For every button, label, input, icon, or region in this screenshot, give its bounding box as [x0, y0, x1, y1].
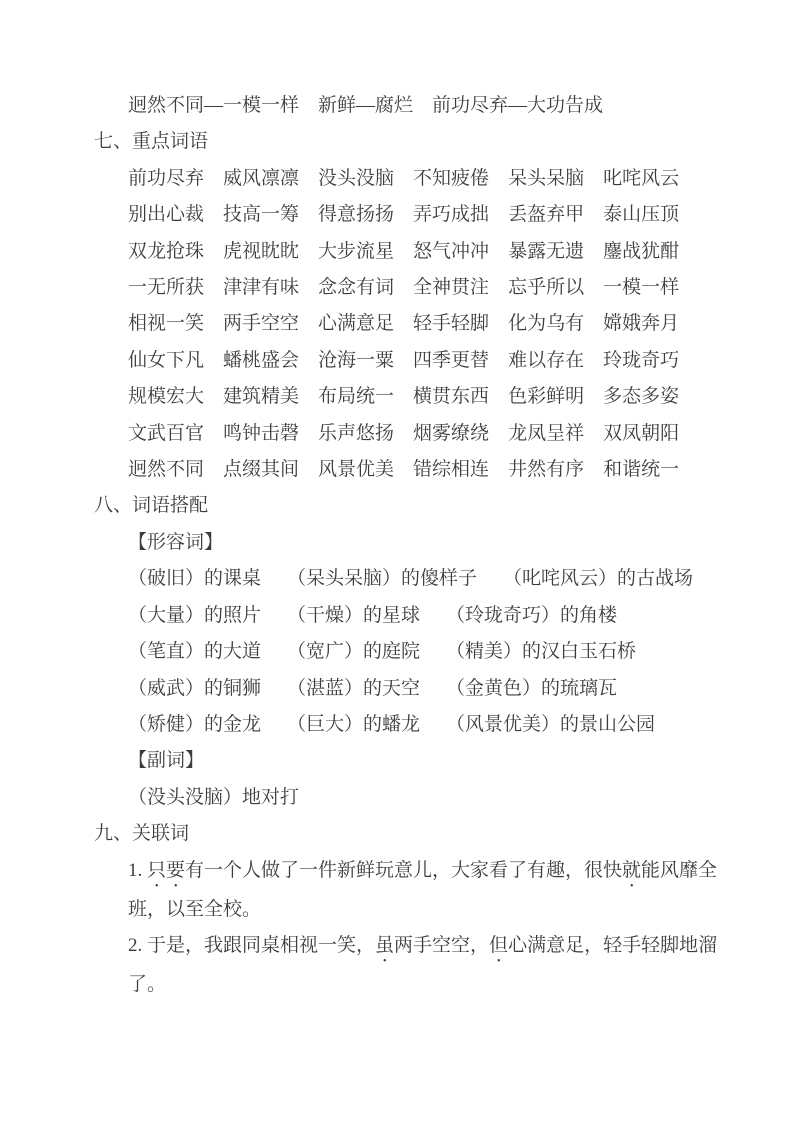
- sentence-text: 有一个人做了一件新鲜玩意儿，大家看了有趣，很快: [185, 860, 622, 881]
- idiom-word: 玲珑奇巧: [603, 343, 679, 379]
- collocation-item: （叱咤风云）的古战场: [503, 561, 693, 597]
- collocation-row: （矫健）的金龙（巨大）的蟠龙（风景优美）的景山公园: [128, 707, 737, 743]
- idiom-word: 多态多姿: [603, 379, 679, 415]
- idiom-word: 两手空空: [223, 306, 299, 342]
- sentence-line: 了。: [128, 967, 737, 1003]
- idiom-word: 弄巧成拙: [413, 197, 489, 233]
- section-heading-key-words: 七、重点词语: [94, 124, 737, 160]
- collocation-item: （风景优美）的景山公园: [446, 707, 655, 743]
- idiom-word: 轻手轻脚: [413, 306, 489, 342]
- idiom-word: 井然有序: [508, 452, 584, 488]
- adverb-label: 【副词】: [128, 743, 737, 779]
- idiom-word: 风景优美: [318, 452, 394, 488]
- collocation-item: （干燥）的星球: [287, 598, 420, 634]
- collocation-item: （大量）的照片: [128, 598, 261, 634]
- sentence-text: 2.: [128, 935, 147, 956]
- antonym-pair: 前功尽弃—大功告成: [432, 88, 603, 124]
- idiom-word: 丢盔弃甲: [508, 197, 584, 233]
- idiom-word: 布局统一: [318, 379, 394, 415]
- collocation-item: （呆头呆脑）的傻样子: [287, 561, 477, 597]
- idiom-word: 仙女下凡: [128, 343, 204, 379]
- idiom-word: 心满意足: [318, 306, 394, 342]
- sentence-text: 心满意足，轻手轻脚地溜: [508, 935, 717, 956]
- idiom-word: 泰山压顶: [603, 197, 679, 233]
- idiom-word: 化为乌有: [508, 306, 584, 342]
- idiom-word: 双凤朝阳: [603, 416, 679, 452]
- collocation-item: （笔直）的大道: [128, 634, 261, 670]
- document-page: 迥然不同—一模一样新鲜—腐烂前功尽弃—大功告成 七、重点词语 前功尽弃威风凛凛没…: [0, 0, 793, 1122]
- adjective-label: 【形容词】: [128, 525, 737, 561]
- idiom-word: 忘乎所以: [508, 270, 584, 306]
- idiom-word: 嫦娥奔月: [603, 306, 679, 342]
- collocation-row: （威武）的铜狮（湛蓝）的天空（金黄色）的琉璃瓦: [128, 671, 737, 707]
- antonym-pair: 迥然不同—一模一样: [128, 88, 299, 124]
- collocation-item: （宽广）的庭院: [287, 634, 420, 670]
- idiom-word: 怒气冲冲: [413, 234, 489, 270]
- idiom-word: 烟雾缭绕: [413, 416, 489, 452]
- collocation-item: （金黄色）的琉璃瓦: [446, 671, 617, 707]
- collocation-row: （大量）的照片（干燥）的星球（玲珑奇巧）的角楼: [128, 598, 737, 634]
- idiom-word: 迥然不同: [128, 452, 204, 488]
- word-row: 别出心裁技高一筹得意扬扬弄巧成拙丢盔弃甲泰山压顶: [128, 197, 737, 233]
- idiom-word: 没头没脑: [318, 161, 394, 197]
- idiom-word: 鸣钟击磬: [223, 416, 299, 452]
- word-row: 规模宏大建筑精美布局统一横贯东西色彩鲜明多态多姿: [128, 379, 737, 415]
- sentence-text: 1.: [128, 860, 147, 881]
- idiom-word: 难以存在: [508, 343, 584, 379]
- idiom-word: 暴露无遗: [508, 234, 584, 270]
- sentence-text: 班，以至全校。: [128, 899, 261, 920]
- emphasized-text: 只要: [147, 860, 185, 881]
- idiom-word: 大步流星: [318, 234, 394, 270]
- antonym-pair: 新鲜—腐烂: [318, 88, 413, 124]
- collocation-item: （湛蓝）的天空: [287, 671, 420, 707]
- word-row: 双龙抢珠虎视眈眈大步流星怒气冲冲暴露无遗鏖战犹酣: [128, 234, 737, 270]
- idiom-word: 错综相连: [413, 452, 489, 488]
- word-row: 前功尽弃威风凛凛没头没脑不知疲倦呆头呆脑叱咤风云: [128, 161, 737, 197]
- emphasized-text: 但: [489, 935, 508, 956]
- key-words-grid: 前功尽弃威风凛凛没头没脑不知疲倦呆头呆脑叱咤风云别出心裁技高一筹得意扬扬弄巧成拙…: [94, 161, 737, 489]
- idiom-word: 横贯东西: [413, 379, 489, 415]
- idiom-word: 念念有词: [318, 270, 394, 306]
- idiom-word: 前功尽弃: [128, 161, 204, 197]
- collocation-item: （矫健）的金龙: [128, 707, 261, 743]
- idiom-word: 规模宏大: [128, 379, 204, 415]
- word-row: 相视一笑两手空空心满意足轻手轻脚化为乌有嫦娥奔月: [128, 306, 737, 342]
- idiom-word: 建筑精美: [223, 379, 299, 415]
- word-row: 仙女下凡蟠桃盛会沧海一粟四季更替难以存在玲珑奇巧: [128, 343, 737, 379]
- word-row: 文武百官鸣钟击磬乐声悠扬烟雾缭绕龙凤呈祥双凤朝阳: [128, 416, 737, 452]
- collocation-item: （巨大）的蟠龙: [287, 707, 420, 743]
- idiom-word: 威风凛凛: [223, 161, 299, 197]
- antonym-pairs-line: 迥然不同—一模一样新鲜—腐烂前功尽弃—大功告成: [128, 88, 737, 124]
- idiom-word: 相视一笑: [128, 306, 204, 342]
- idiom-word: 乐声悠扬: [318, 416, 394, 452]
- idiom-word: 四季更替: [413, 343, 489, 379]
- collocation-item: （威武）的铜狮: [128, 671, 261, 707]
- idiom-word: 双龙抢珠: [128, 234, 204, 270]
- word-row: 一无所获津津有味念念有词全神贯注忘乎所以一模一样: [128, 270, 737, 306]
- collocation-item: （破旧）的课桌: [128, 561, 261, 597]
- idiom-word: 得意扬扬: [318, 197, 394, 233]
- sentence-line: 班，以至全校。: [128, 892, 737, 928]
- word-row: 迥然不同点缀其间风景优美错综相连井然有序和谐统一: [128, 452, 737, 488]
- collocation-row: （笔直）的大道（宽广）的庭院（精美）的汉白玉石桥: [128, 634, 737, 670]
- collocation-row: （破旧）的课桌（呆头呆脑）的傻样子（叱咤风云）的古战场: [128, 561, 737, 597]
- idiom-word: 虎视眈眈: [223, 234, 299, 270]
- collocation-item: （玲珑奇巧）的角楼: [446, 598, 617, 634]
- sentence-line: 1. 只要有一个人做了一件新鲜玩意儿，大家看了有趣，很快就能风靡全: [128, 853, 737, 892]
- conjunction-sentences: 1. 只要有一个人做了一件新鲜玩意儿，大家看了有趣，很快就能风靡全班，以至全校。…: [94, 853, 737, 1004]
- emphasized-text: 虽: [375, 935, 394, 956]
- emphasized-text: 就: [622, 860, 641, 881]
- idiom-word: 鏖战犹酣: [603, 234, 679, 270]
- sentence-text: 两手空空，: [394, 935, 489, 956]
- collocation-item: （精美）的汉白玉石桥: [446, 634, 636, 670]
- sentence-line: 2. 于是，我跟同桌相视一笑，虽两手空空，但心满意足，轻手轻脚地溜: [128, 928, 737, 967]
- idiom-word: 别出心裁: [128, 197, 204, 233]
- idiom-word: 技高一筹: [223, 197, 299, 233]
- idiom-word: 一模一样: [603, 270, 679, 306]
- idiom-word: 叱咤风云: [603, 161, 679, 197]
- idiom-word: 龙凤呈祥: [508, 416, 584, 452]
- idiom-word: 和谐统一: [603, 452, 679, 488]
- adjective-grid: （破旧）的课桌（呆头呆脑）的傻样子（叱咤风云）的古战场（大量）的照片（干燥）的星…: [94, 561, 737, 743]
- idiom-word: 不知疲倦: [413, 161, 489, 197]
- idiom-word: 点缀其间: [223, 452, 299, 488]
- idiom-word: 呆头呆脑: [508, 161, 584, 197]
- idiom-word: 沧海一粟: [318, 343, 394, 379]
- section-heading-conjunctions: 九、关联词: [94, 816, 737, 852]
- idiom-word: 全神贯注: [413, 270, 489, 306]
- idiom-word: 文武百官: [128, 416, 204, 452]
- idiom-word: 一无所获: [128, 270, 204, 306]
- idiom-word: 色彩鲜明: [508, 379, 584, 415]
- sentence-text: 于是，我跟同桌相视一笑，: [147, 935, 375, 956]
- section-heading-collocations: 八、词语搭配: [94, 488, 737, 524]
- sentence-text: 了。: [128, 974, 166, 995]
- idiom-word: 津津有味: [223, 270, 299, 306]
- adverb-phrase: （没头没脑）地对打: [128, 780, 737, 816]
- sentence-text: 能风靡全: [641, 860, 717, 881]
- idiom-word: 蟠桃盛会: [223, 343, 299, 379]
